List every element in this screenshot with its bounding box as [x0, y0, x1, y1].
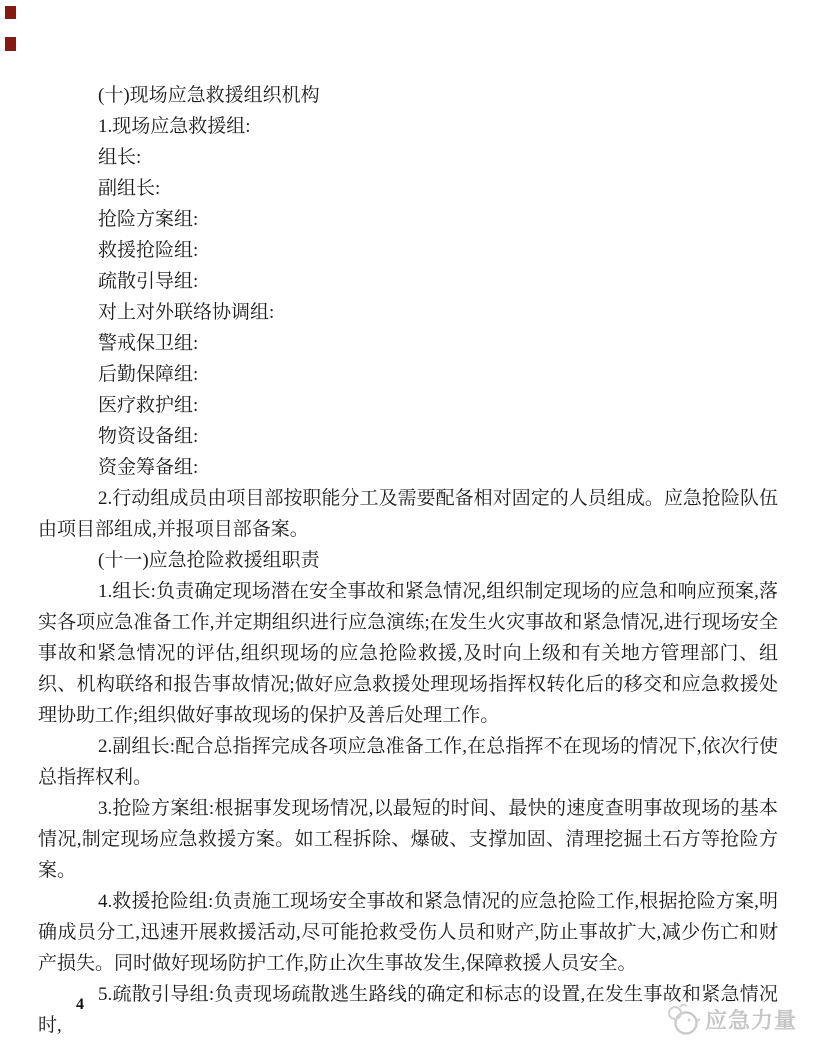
- list-item: 物资设备组:: [38, 421, 778, 452]
- list-item: 组长:: [38, 142, 778, 173]
- list-item: 1.现场应急救援组:: [38, 111, 778, 142]
- bird-logo-icon: [666, 1001, 700, 1037]
- paragraph: 1.组长:负责确定现场潜在安全事故和紧急情况,组织制定现场的应急和响应预案,落实…: [38, 576, 778, 731]
- red-annotation-mark-icon: [5, 37, 16, 51]
- list-item: 资金筹备组:: [38, 452, 778, 483]
- watermark-text: 应急力量: [705, 1004, 797, 1035]
- section-heading: (十)现场应急救援组织机构: [38, 80, 778, 111]
- paragraph: 3.抢险方案组:根据事发现场情况,以最短的时间、最快的速度查明事故现场的基本情况…: [38, 793, 778, 886]
- watermark: 应急力量: [666, 1001, 797, 1037]
- paragraph: 4.救援抢险组:负责施工现场安全事故和紧急情况的应急抢险工作,根据抢险方案,明确…: [38, 886, 778, 979]
- list-item: 警戒保卫组:: [38, 328, 778, 359]
- list-item: 后勤保障组:: [38, 359, 778, 390]
- section-heading: (十一)应急抢险救援组职责: [38, 545, 778, 576]
- paragraph: 2.行动组成员由项目部按职能分工及需要配备相对固定的人员组成。应急抢险队伍由项目…: [38, 483, 778, 545]
- list-item: 疏散引导组:: [38, 266, 778, 297]
- list-item: 副组长:: [38, 173, 778, 204]
- paragraph: 2.副组长:配合总指挥完成各项应急准备工作,在总指挥不在现场的情况下,依次行使总…: [38, 731, 778, 793]
- list-item: 救援抢险组:: [38, 235, 778, 266]
- red-annotation-mark-icon: [5, 6, 16, 19]
- list-item: 抢险方案组:: [38, 204, 778, 235]
- document-page: { "doc": { "paragraphs": [ "(十)现场应急救援组织机…: [0, 0, 816, 1056]
- list-item: 对上对外联络协调组:: [38, 297, 778, 328]
- list-item: 医疗救护组:: [38, 390, 778, 421]
- page-number: 4: [76, 996, 84, 1014]
- document-body: (十)现场应急救援组织机构 1.现场应急救援组: 组长: 副组长: 抢险方案组:…: [38, 80, 778, 1041]
